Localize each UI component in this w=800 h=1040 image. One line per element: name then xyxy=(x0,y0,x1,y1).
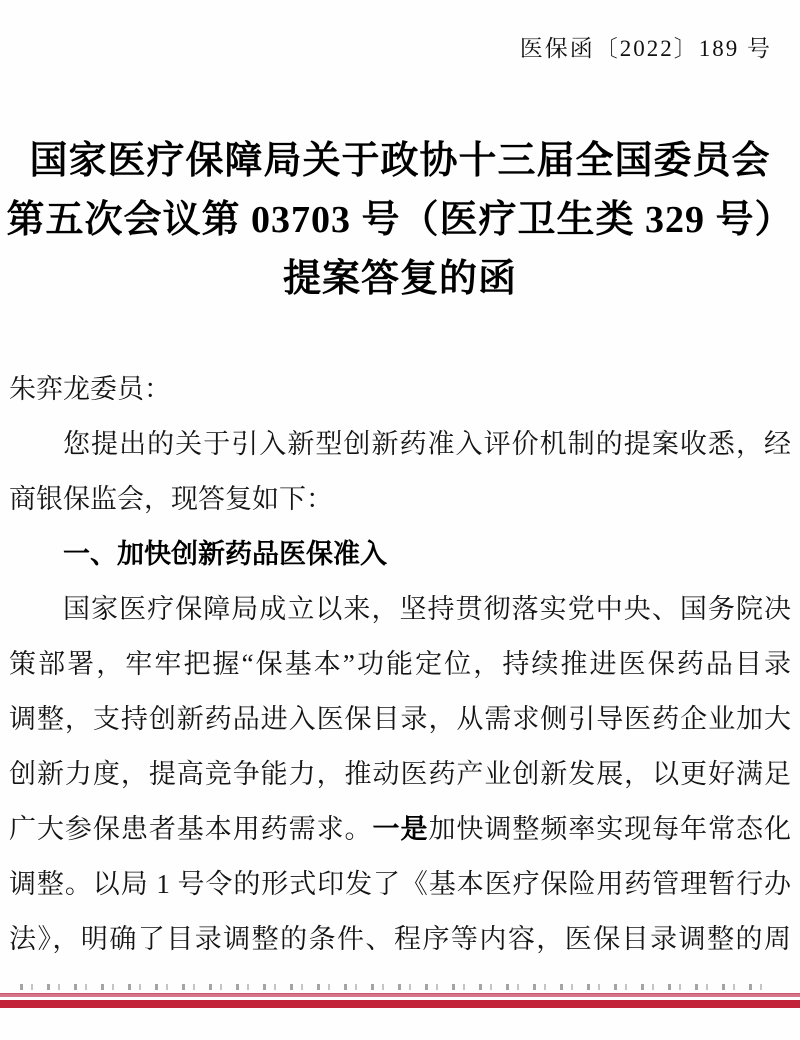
title-line-3: 提案答复的函 xyxy=(0,250,800,309)
red-rule-thick xyxy=(0,1000,800,1008)
body-text: 调整。以局 1 号令的形式印发了《基本医疗保险用药管理暂行办 xyxy=(9,869,791,899)
salutation: 朱弈龙委员： xyxy=(9,362,791,417)
body-text: 广大参保患者基本用药需求。 xyxy=(9,814,373,844)
clipped-text-artifacts xyxy=(20,984,770,990)
title-line-2: 第五次会议第 03703 号（医疗卫生类 329 号） xyxy=(0,191,800,250)
document-page: 医保函〔2022〕189 号 国家医疗保障局关于政协十三届全国委员会 第五次会议… xyxy=(0,0,800,1040)
body-text: 商银保监会，现答复如下： xyxy=(9,484,333,514)
body-line: 广大参保患者基本用药需求。一是加快调整频率实现每年常态化 xyxy=(9,802,791,857)
emphasis-text: 一是 xyxy=(373,814,429,844)
body-text: 国家医疗保障局成立以来，坚持贯彻落实党中央、国务院决 xyxy=(63,594,791,624)
document-title: 国家医疗保障局关于政协十三届全国委员会 第五次会议第 03703 号（医疗卫生类… xyxy=(0,132,800,309)
body-paragraph-lines: 您提出的关于引入新型创新药准入评价机制的提案收悉，经商银保监会，现答复如下：一、… xyxy=(9,417,791,967)
document-body: 朱弈龙委员： 您提出的关于引入新型创新药准入评价机制的提案收悉，经商银保监会，现… xyxy=(9,362,791,967)
body-text: 您提出的关于引入新型创新药准入评价机制的提案收悉，经 xyxy=(63,429,791,459)
red-rule-thin xyxy=(0,993,800,997)
body-line: 国家医疗保障局成立以来，坚持贯彻落实党中央、国务院决 xyxy=(9,582,791,637)
body-text: 创新力度，提高竞争能力，推动医药产业创新发展，以更好满足 xyxy=(9,759,791,789)
body-line: 一、加快创新药品医保准入 xyxy=(9,527,791,582)
title-line-1: 国家医疗保障局关于政协十三届全国委员会 xyxy=(0,132,800,191)
body-text: 策部署，牢牢把握“保基本”功能定位，持续推进医保药品目录 xyxy=(9,649,791,679)
doc-number: 医保函〔2022〕189 号 xyxy=(520,30,772,63)
body-line: 调整。以局 1 号令的形式印发了《基本医疗保险用药管理暂行办 xyxy=(9,857,791,912)
body-line: 策部署，牢牢把握“保基本”功能定位，持续推进医保药品目录 xyxy=(9,637,791,692)
body-line: 法》，明确了目录调整的条件、程序等内容，医保目录调整的周 xyxy=(9,912,791,967)
body-text: 法》，明确了目录调整的条件、程序等内容，医保目录调整的周 xyxy=(9,924,791,954)
body-text: 调整，支持创新药品进入医保目录，从需求侧引导医药企业加大 xyxy=(9,704,791,734)
body-line: 创新力度，提高竞争能力，推动医药产业创新发展，以更好满足 xyxy=(9,747,791,802)
body-line: 您提出的关于引入新型创新药准入评价机制的提案收悉，经 xyxy=(9,417,791,472)
body-line: 商银保监会，现答复如下： xyxy=(9,472,791,527)
body-text: 加快调整频率实现每年常态化 xyxy=(428,814,791,844)
emphasis-text: 一、加快创新药品医保准入 xyxy=(63,539,387,569)
body-line: 调整，支持创新药品进入医保目录，从需求侧引导医药企业加大 xyxy=(9,692,791,747)
